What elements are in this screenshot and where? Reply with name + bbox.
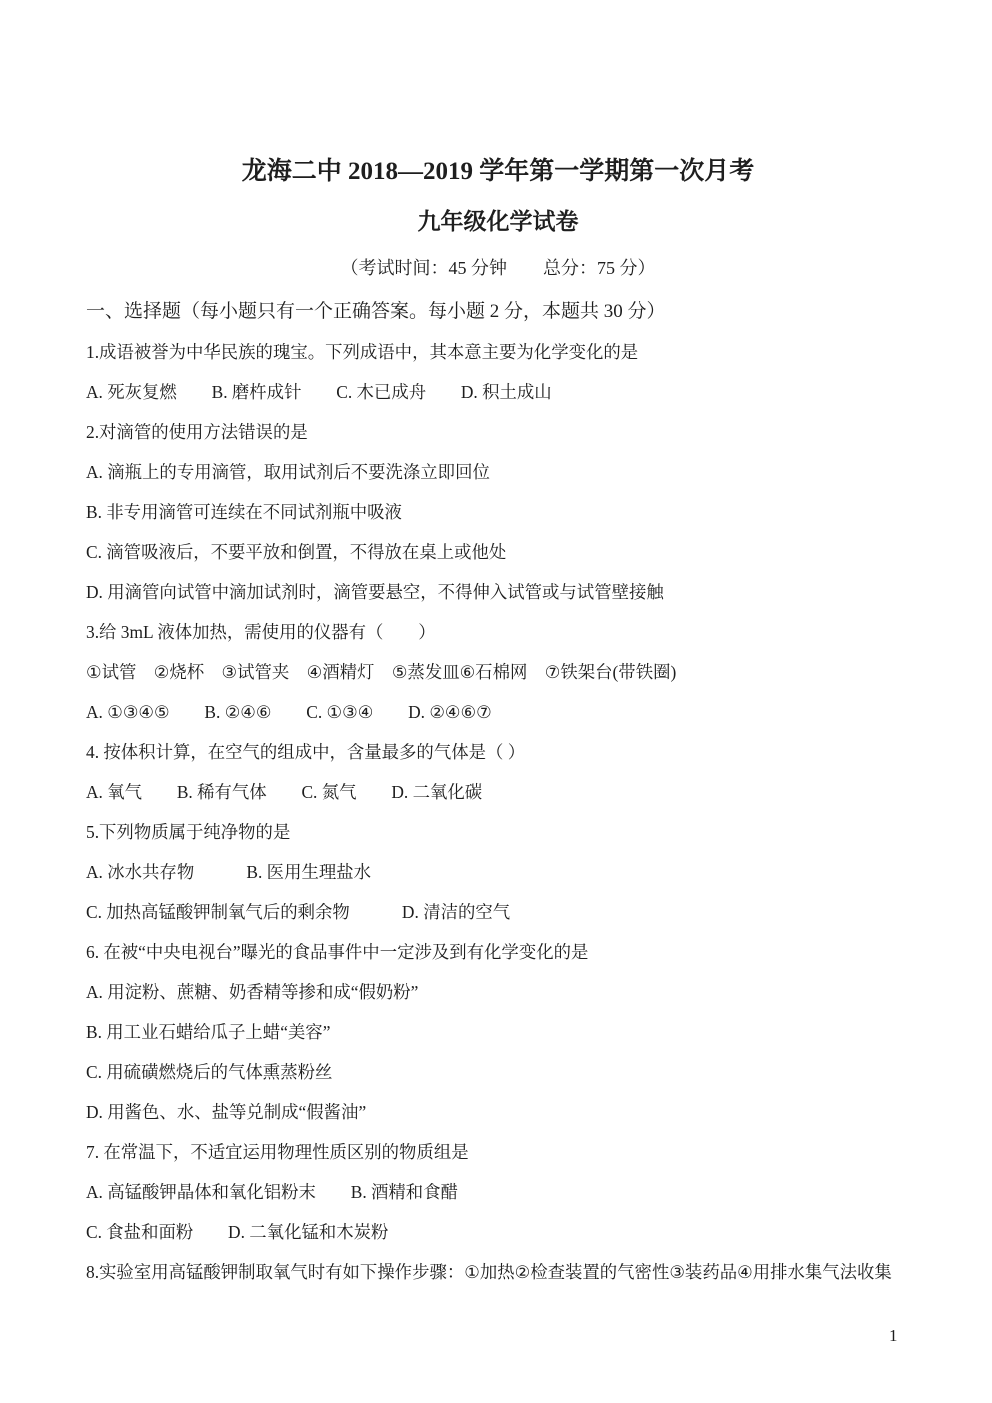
question-4-line: A. 氧气 B. 稀有气体 C. 氮气 D. 二氧化碳	[86, 772, 910, 812]
question-4-line: 4. 按体积计算，在空气的组成中，含量最多的气体是（ ）	[86, 732, 910, 772]
question-2-line: 2.对滴管的使用方法错误的是	[86, 412, 910, 452]
exam-title: 龙海二中 2018—2019 学年第一学期第一次月考	[86, 155, 910, 188]
question-8-line: 8.实验室用高锰酸钾制取氧气时有如下操作步骤：①加热②检查装置的气密性③装药品④…	[86, 1252, 910, 1292]
question-2-line: C. 滴管吸液后，不要平放和倒置，不得放在桌上或他处	[86, 532, 910, 572]
question-3-line: ①试管 ②烧杯 ③试管夹 ④酒精灯 ⑤蒸发皿⑥石棉网 ⑦铁架台(带铁圈)	[86, 652, 910, 692]
exam-subtitle: 九年级化学试卷	[86, 205, 910, 238]
exam-paper-page: 龙海二中 2018—2019 学年第一学期第一次月考 九年级化学试卷 （考试时间…	[0, 0, 992, 1403]
question-5-line: C. 加热高锰酸钾制氧气后的剩余物 D. 清洁的空气	[86, 892, 910, 932]
question-5-line: 5.下列物质属于纯净物的是	[86, 812, 910, 852]
question-3-line: 3.给 3mL 液体加热，需使用的仪器有（ ）	[86, 612, 910, 652]
page-content: 龙海二中 2018—2019 学年第一学期第一次月考 九年级化学试卷 （考试时间…	[86, 155, 910, 1292]
question-3-line: A. ①③④⑤ B. ②④⑥ C. ①③④ D. ②④⑥⑦	[86, 692, 910, 732]
question-1-line: 1.成语被誉为中华民族的瑰宝。下列成语中，其本意主要为化学变化的是	[86, 332, 910, 372]
question-2-line: A. 滴瓶上的专用滴管，取用试剂后不要洗涤立即回位	[86, 452, 910, 492]
page-number: 1	[889, 1322, 898, 1350]
question-2-line: D. 用滴管向试管中滴加试剂时，滴管要悬空，不得伸入试管或与试管壁接触	[86, 572, 910, 612]
section-heading: 一、选择题（每小题只有一个正确答案。每小题 2 分，本题共 30 分）	[86, 292, 910, 332]
question-6-line: A. 用淀粉、蔗糖、奶香精等掺和成“假奶粉”	[86, 972, 910, 1012]
question-6-line: B. 用工业石蜡给瓜子上蜡“美容”	[86, 1012, 910, 1052]
question-7-line: 7. 在常温下，不适宜运用物理性质区别的物质组是	[86, 1132, 910, 1172]
question-6-line: C. 用硫磺燃烧后的气体熏蒸粉丝	[86, 1052, 910, 1092]
exam-info: （考试时间：45 分钟 总分：75 分）	[86, 253, 910, 283]
question-6-line: D. 用酱色、水、盐等兑制成“假酱油”	[86, 1092, 910, 1132]
question-6-line: 6. 在被“中央电视台”曝光的食品事件中一定涉及到有化学变化的是	[86, 932, 910, 972]
questions-list: 1.成语被誉为中华民族的瑰宝。下列成语中，其本意主要为化学变化的是A. 死灰复燃…	[86, 332, 910, 1292]
question-7-line: A. 高锰酸钾晶体和氧化铝粉末 B. 酒精和食醋	[86, 1172, 910, 1212]
question-2-line: B. 非专用滴管可连续在不同试剂瓶中吸液	[86, 492, 910, 532]
question-5-line: A. 冰水共存物 B. 医用生理盐水	[86, 852, 910, 892]
question-1-line: A. 死灰复燃 B. 磨杵成针 C. 木已成舟 D. 积土成山	[86, 372, 910, 412]
question-7-line: C. 食盐和面粉 D. 二氧化锰和木炭粉	[86, 1212, 910, 1252]
